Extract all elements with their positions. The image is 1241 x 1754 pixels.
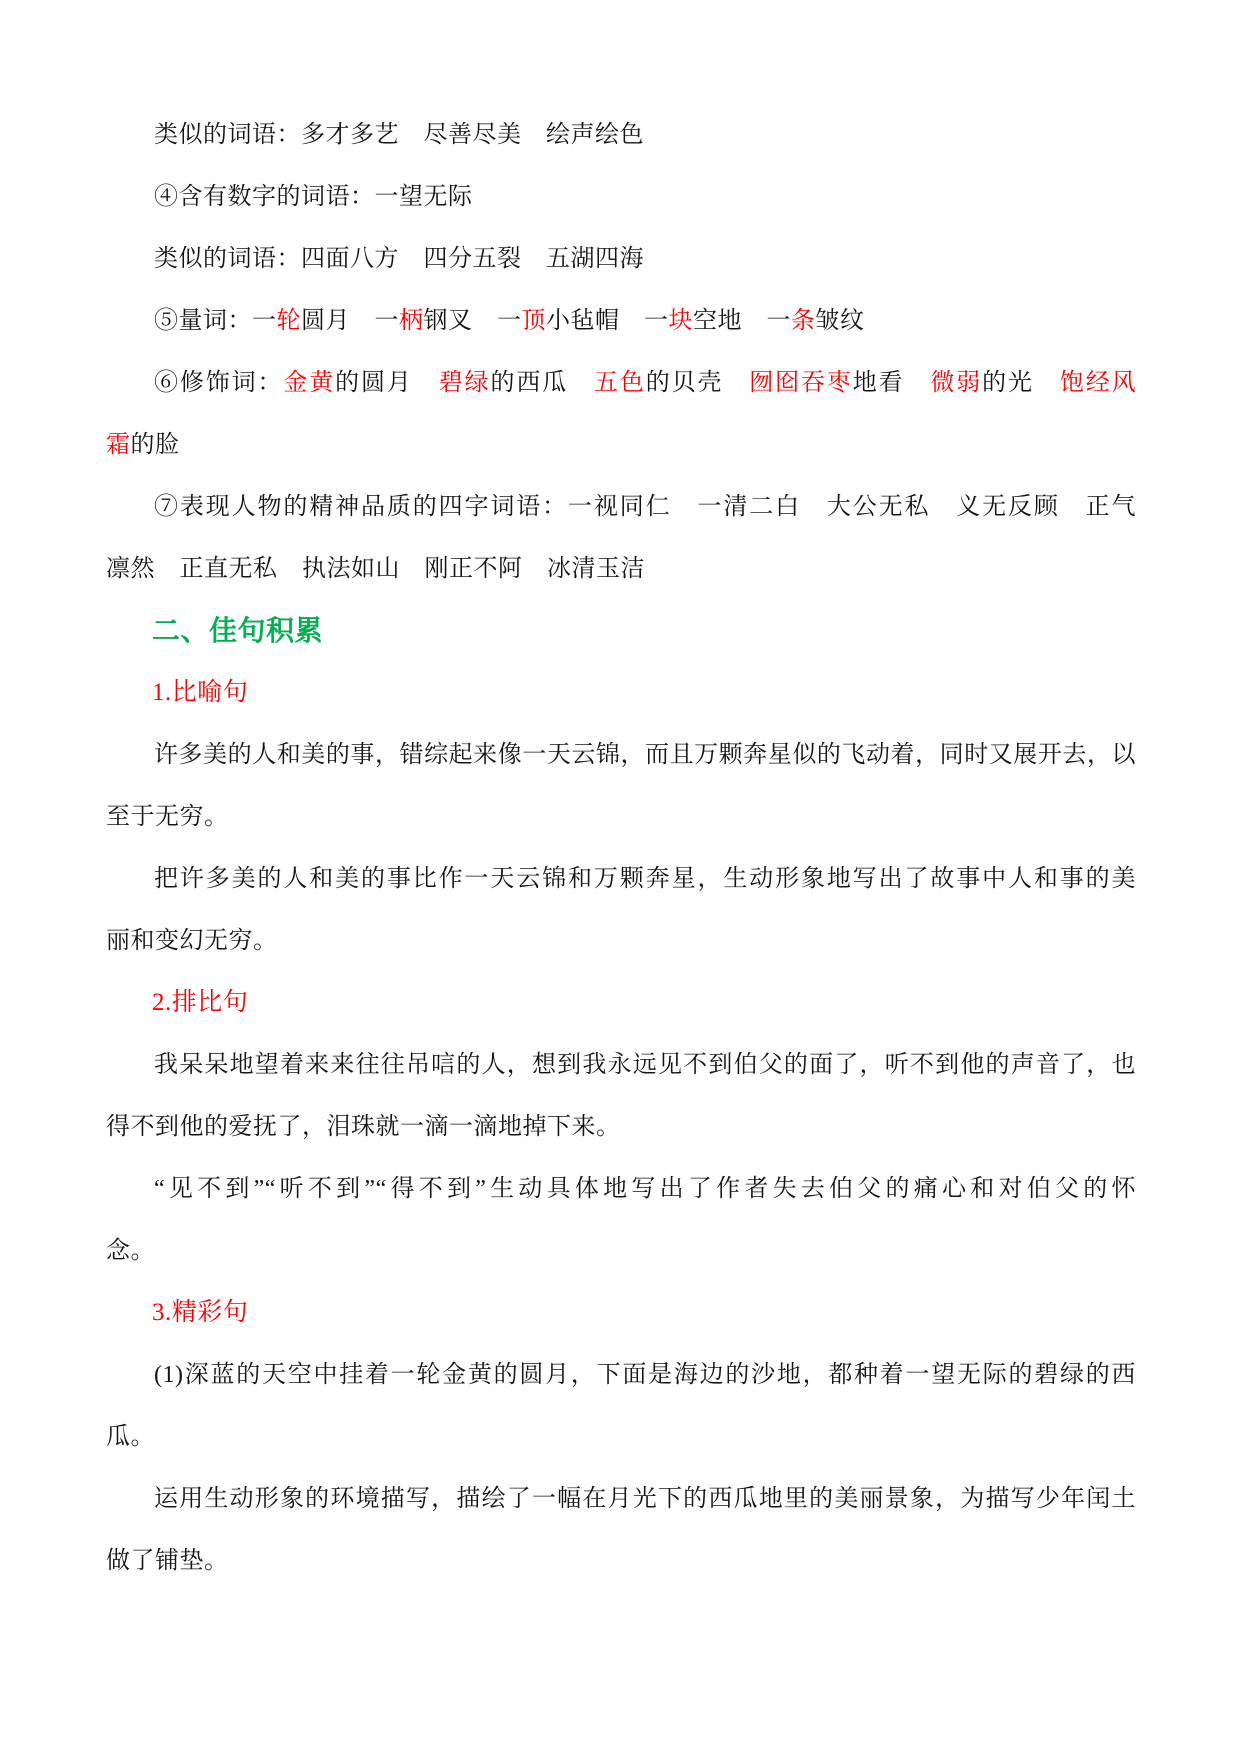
text-run: 1.比喻句 [152,679,248,706]
text-run: 做了铺垫。 [106,1548,229,1574]
brilliant-sentence-line-1: (1)深蓝的天空中挂着一轮金黄的圆月，下面是海边的沙地，都种着一望无际的碧绿的西 [106,1344,1136,1406]
section-heading-good-sentences: 二、佳句积累 [106,600,1136,662]
text-run: 霜 [106,432,131,458]
item-4-number-words: ④含有数字的词语：一望无际 [106,166,1136,228]
text-run: “见不到”“听不到”“得不到”生动具体地写出了作者失去伯父的痛心和对伯父的怀 [154,1176,1136,1202]
brilliant-analysis-line-2: 做了铺垫。 [106,1530,1136,1592]
item-6-modifiers-line-2: 霜的脸 [106,414,1136,476]
item-5-measure-words: ⑤量词：一轮圆月 一柄钢叉 一顶小毡帽 一块空地 一条皱纹 [106,290,1136,352]
parallel-sentence-line-1: 我呆呆地望着来来往往吊唁的人，想到我永远见不到伯父的面了，听不到他的声音了，也 [106,1034,1136,1096]
text-run: ④含有数字的词语：一望无际 [154,184,473,210]
text-run: 囫囵吞枣 [749,370,853,396]
subheading-metaphor: 1.比喻句 [106,662,1136,724]
document-body: 类似的词语：多才多艺 尽善尽美 绘声绘色④含有数字的词语：一望无际类似的词语：四… [106,104,1136,1592]
item-6-modifiers-line-1: ⑥修饰词：金黄的圆月 碧绿的西瓜 五色的贝壳 囫囵吞枣地看 微弱的光 饱经风 [106,352,1136,414]
text-run: 运用生动形象的环境描写，描绘了一幅在月光下的西瓜地里的美丽景象，为描写少年闰土 [154,1486,1136,1512]
text-run: 2.排比句 [152,989,248,1016]
metaphor-sentence-line-1: 许多美的人和美的事，错综起来像一天云锦，而且万颗奔星似的飞动着，同时又展开去，以 [106,724,1136,786]
text-run: 得不到他的爱抚了，泪珠就一滴一滴地掉下来。 [106,1114,621,1140]
text-run: 把许多美的人和美的事比作一天云锦和万颗奔星，生动形象地写出了故事中人和事的美 [154,866,1136,892]
text-run: 类似的词语：四面八方 四分五裂 五湖四海 [154,246,644,272]
text-run: (1)深蓝的天空中挂着一轮金黄的圆月，下面是海边的沙地，都种着一望无际的碧绿的西 [154,1362,1136,1388]
parallel-analysis-line-1: “见不到”“听不到”“得不到”生动具体地写出了作者失去伯父的痛心和对伯父的怀 [106,1158,1136,1220]
text-run: 凛然 正直无私 执法如山 刚正不阿 冰清玉洁 [106,556,645,582]
text-run: 我呆呆地望着来来往往吊唁的人，想到我永远见不到伯父的面了，听不到他的声音了，也 [154,1052,1136,1078]
brilliant-sentence-line-2: 瓜。 [106,1406,1136,1468]
text-run: 的西瓜 [490,370,594,396]
item-7-four-char-words-line-1: ⑦表现人物的精神品质的四字词语：一视同仁 一清二白 大公无私 义无反顾 正气 [106,476,1136,538]
similar-words-line-2: 类似的词语：四面八方 四分五裂 五湖四海 [106,228,1136,290]
text-run: 碧绿 [439,370,491,396]
text-run: 小毡帽 一 [546,308,669,334]
text-run: ⑤量词：一 [154,308,277,334]
text-run: 地看 [853,370,931,396]
text-run: 类似的词语：多才多艺 尽善尽美 绘声绘色 [154,122,644,148]
text-run: 微弱 [930,370,982,396]
text-run: ⑥修饰词： [154,370,283,396]
text-run: 的贝壳 [646,370,750,396]
text-run: 丽和变幻无穷。 [106,928,278,954]
parallel-analysis-line-2: 念。 [106,1220,1136,1282]
text-run: 空地 一 [693,308,791,334]
text-run: 瓜。 [106,1424,155,1450]
text-run: 的圆月 [335,370,439,396]
text-run: 皱纹 [816,308,865,334]
document-page: 类似的词语：多才多艺 尽善尽美 绘声绘色④含有数字的词语：一望无际类似的词语：四… [0,0,1241,1754]
brilliant-analysis-line-1: 运用生动形象的环境描写，描绘了一幅在月光下的西瓜地里的美丽景象，为描写少年闰土 [106,1468,1136,1530]
text-run: 条 [791,308,816,334]
text-run: ⑦表现人物的精神品质的四字词语：一视同仁 一清二白 大公无私 义无反顾 正气 [154,494,1136,520]
text-run: 圆月 一 [301,308,399,334]
text-run: 五色 [594,370,646,396]
text-run: 轮 [277,308,302,334]
text-run: 的光 [982,370,1060,396]
metaphor-sentence-line-2: 至于无穷。 [106,786,1136,848]
text-run: 饱经风 [1060,370,1136,396]
subheading-parallelism: 2.排比句 [106,972,1136,1034]
text-run: 念。 [106,1238,155,1264]
text-run: 块 [669,308,694,334]
text-run: 柄 [399,308,424,334]
text-run: 顶 [522,308,547,334]
text-run: 金黄 [283,370,335,396]
metaphor-analysis-line-2: 丽和变幻无穷。 [106,910,1136,972]
text-run: 二、佳句积累 [152,615,323,646]
similar-words-line-1: 类似的词语：多才多艺 尽善尽美 绘声绘色 [106,104,1136,166]
item-7-four-char-words-line-2: 凛然 正直无私 执法如山 刚正不阿 冰清玉洁 [106,538,1136,600]
text-run: 钢叉 一 [424,308,522,334]
text-run: 3.精彩句 [152,1299,248,1326]
parallel-sentence-line-2: 得不到他的爱抚了，泪珠就一滴一滴地掉下来。 [106,1096,1136,1158]
text-run: 至于无穷。 [106,804,229,830]
subheading-brilliant: 3.精彩句 [106,1282,1136,1344]
metaphor-analysis-line-1: 把许多美的人和美的事比作一天云锦和万颗奔星，生动形象地写出了故事中人和事的美 [106,848,1136,910]
text-run: 的脸 [131,432,180,458]
text-run: 许多美的人和美的事，错综起来像一天云锦，而且万颗奔星似的飞动着，同时又展开去，以 [154,742,1136,768]
